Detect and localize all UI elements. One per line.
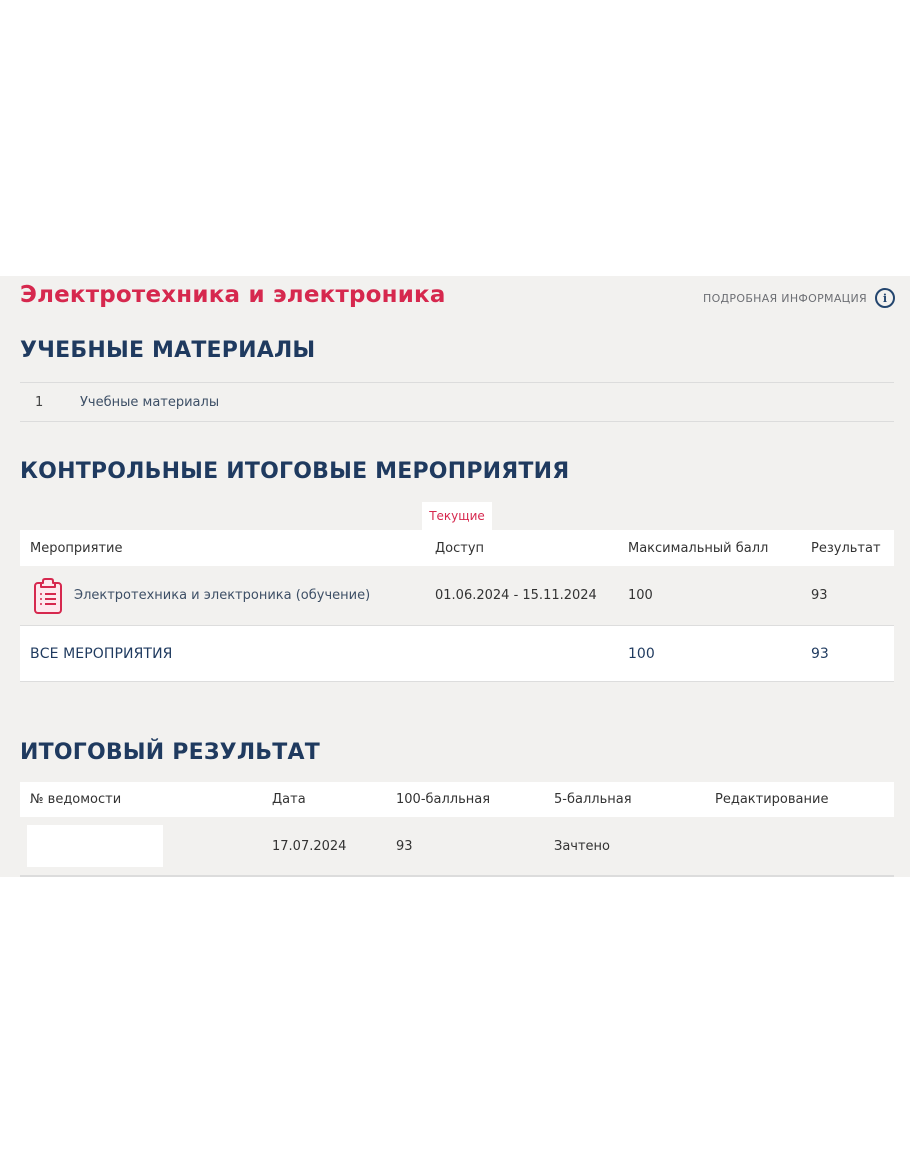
column-header-access: Доступ — [425, 541, 618, 556]
materials-heading: УЧЕБНЫЕ МАТЕРИАЛЫ — [20, 338, 315, 363]
column-header-max-score: Максимальный балл — [618, 541, 801, 556]
materials-item-number: 1 — [20, 395, 80, 410]
total-result: 93 — [801, 646, 894, 662]
event-cell: Электротехника и электроника (обучение) — [20, 577, 425, 615]
events-table-header: Мероприятие Доступ Максимальный балл Рез… — [20, 530, 894, 566]
column-header-event: Мероприятие — [20, 541, 425, 556]
events-heading: КОНТРОЛЬНЫЕ ИТОГОВЫЕ МЕРОПРИЯТИЯ — [20, 459, 569, 484]
redacted-statement-no — [27, 825, 163, 867]
total-label: ВСЕ МЕРОПРИЯТИЯ — [20, 646, 425, 662]
result-score-5: Зачтено — [544, 839, 705, 854]
column-header-result: Результат — [801, 541, 894, 556]
column-header-statement-no: № ведомости — [20, 792, 262, 807]
info-icon: i — [875, 288, 895, 308]
details-link-label: ПОДРОБНАЯ ИНФОРМАЦИЯ — [703, 292, 867, 305]
total-max-score: 100 — [618, 646, 801, 662]
tab-current[interactable]: Текущие — [422, 502, 492, 530]
event-max-score: 100 — [618, 588, 801, 603]
table-row: Электротехника и электроника (обучение) … — [20, 566, 894, 626]
column-header-score-5: 5-балльная — [544, 792, 705, 807]
materials-item-link[interactable]: Учебные материалы — [80, 395, 219, 410]
materials-list-item[interactable]: 1 Учебные материалы — [20, 382, 894, 422]
column-header-date: Дата — [262, 792, 386, 807]
final-result-table: № ведомости Дата 100-балльная 5-балльная… — [20, 782, 894, 877]
result-score-100: 93 — [386, 839, 544, 854]
column-header-score-100: 100-балльная — [386, 792, 544, 807]
clipboard-list-icon — [32, 577, 64, 615]
event-result: 93 — [801, 588, 894, 603]
course-panel: Электротехника и электроника ПОДРОБНАЯ И… — [0, 276, 910, 877]
table-row: 17.07.2024 93 Зачтено — [20, 817, 894, 877]
statement-no-cell — [20, 825, 262, 867]
event-link[interactable]: Электротехника и электроника (обучение) — [74, 588, 370, 603]
course-title: Электротехника и электроника — [20, 282, 446, 308]
result-date: 17.07.2024 — [262, 839, 386, 854]
events-table: Мероприятие Доступ Максимальный балл Рез… — [20, 530, 894, 682]
event-access: 01.06.2024 - 15.11.2024 — [425, 588, 618, 603]
details-link[interactable]: ПОДРОБНАЯ ИНФОРМАЦИЯ i — [703, 288, 895, 308]
final-result-heading: ИТОГОВЫЙ РЕЗУЛЬТАТ — [20, 740, 320, 765]
final-result-header: № ведомости Дата 100-балльная 5-балльная… — [20, 782, 894, 817]
events-total-row: ВСЕ МЕРОПРИЯТИЯ 100 93 — [20, 626, 894, 682]
column-header-edit: Редактирование — [705, 792, 894, 807]
